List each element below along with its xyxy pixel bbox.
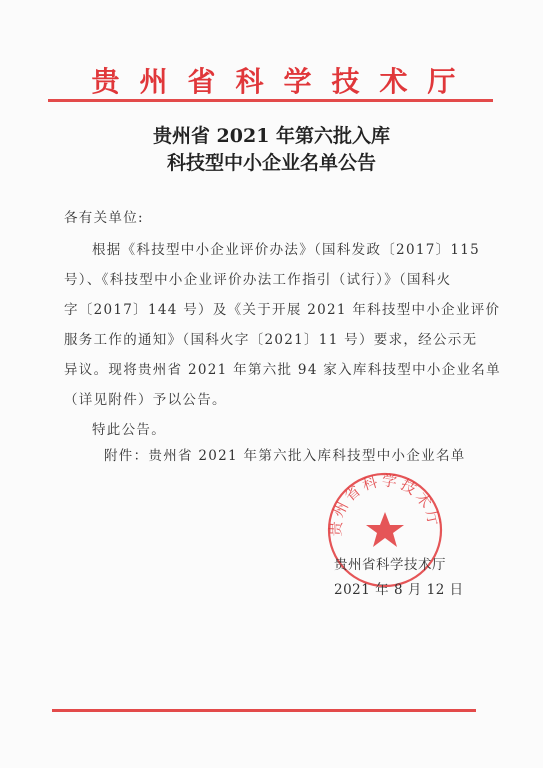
paragraph-line: （详见附件）予以公告。 [64,388,227,408]
signature-org: 贵州省科学技术厅 [334,553,446,573]
star-icon [366,512,404,547]
salutation: 各有关单位: [64,206,144,226]
paragraph-line: 根据《科技型中小企业评价办法》（国科发政〔2017〕115 [92,238,480,258]
closing-remark: 特此公告。 [92,418,166,438]
paragraph-line: 号）、《科技型中小企业评价办法工作指引（试行）》（国科火 [64,268,451,288]
paragraph-line: 字〔2017〕144 号）及《关于开展 2021 年科技型中小企业评价 [64,298,500,318]
attachment-note: 附件：贵州省 2021 年第六批入库科技型中小企业名单 [104,444,466,464]
letterhead-divider-bottom [52,709,476,712]
signature-date: 2021 年 8 月 12 日 [334,578,464,598]
paragraph-line: 服务工作的通知》（国科火字〔2021〕11 号）要求，经公示无 [64,328,477,348]
paragraph-line: 异议。现将贵州省 2021 年第六批 94 家入库科技型中小企业名单 [64,358,501,378]
letterhead-org-name: 贵州省科学技术厅 [0,60,543,100]
document-title-line-2: 科技型中小企业名单公告 [0,148,543,175]
document-title-line-1: 贵州省 2021 年第六批入库 [0,121,543,148]
letterhead-divider-top [48,99,493,102]
